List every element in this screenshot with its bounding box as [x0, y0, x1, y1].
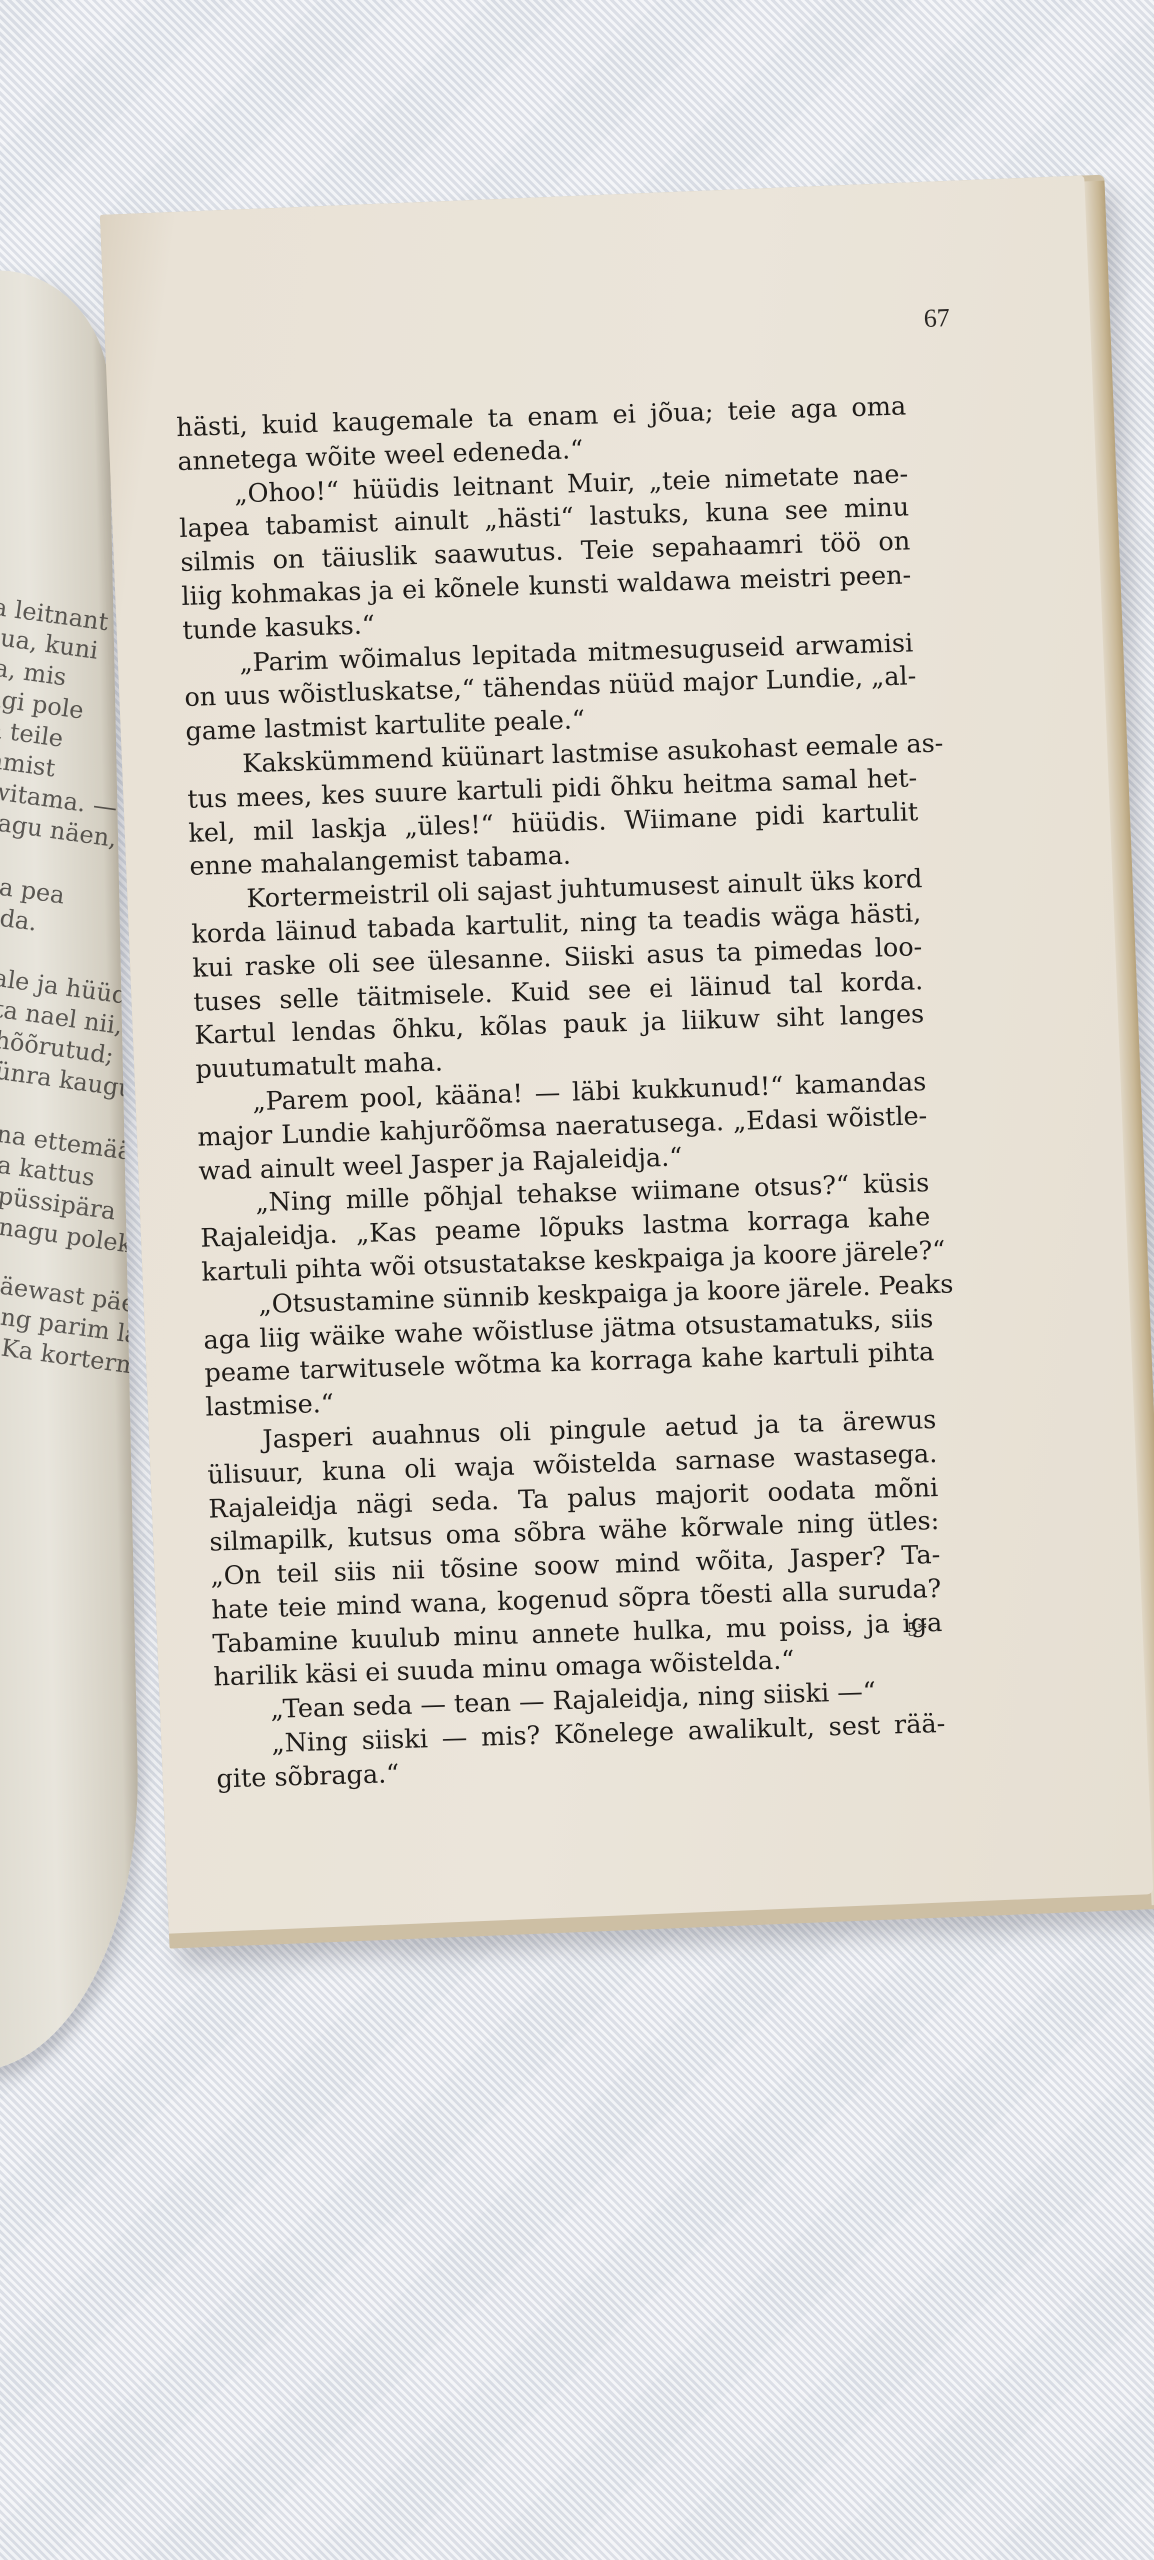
page-body-text: hästi, kuid kaugemale ta enam ei jõua; t…	[176, 390, 947, 1797]
book-page: 67 hästi, kuid kaugemale ta enam ei jõua…	[100, 175, 1153, 1933]
page-number: 67	[923, 303, 950, 334]
book-page-stack: 67 hästi, kuid kaugemale ta enam ei jõua…	[100, 175, 1154, 1949]
signature-mark: 5*	[907, 1618, 928, 1642]
